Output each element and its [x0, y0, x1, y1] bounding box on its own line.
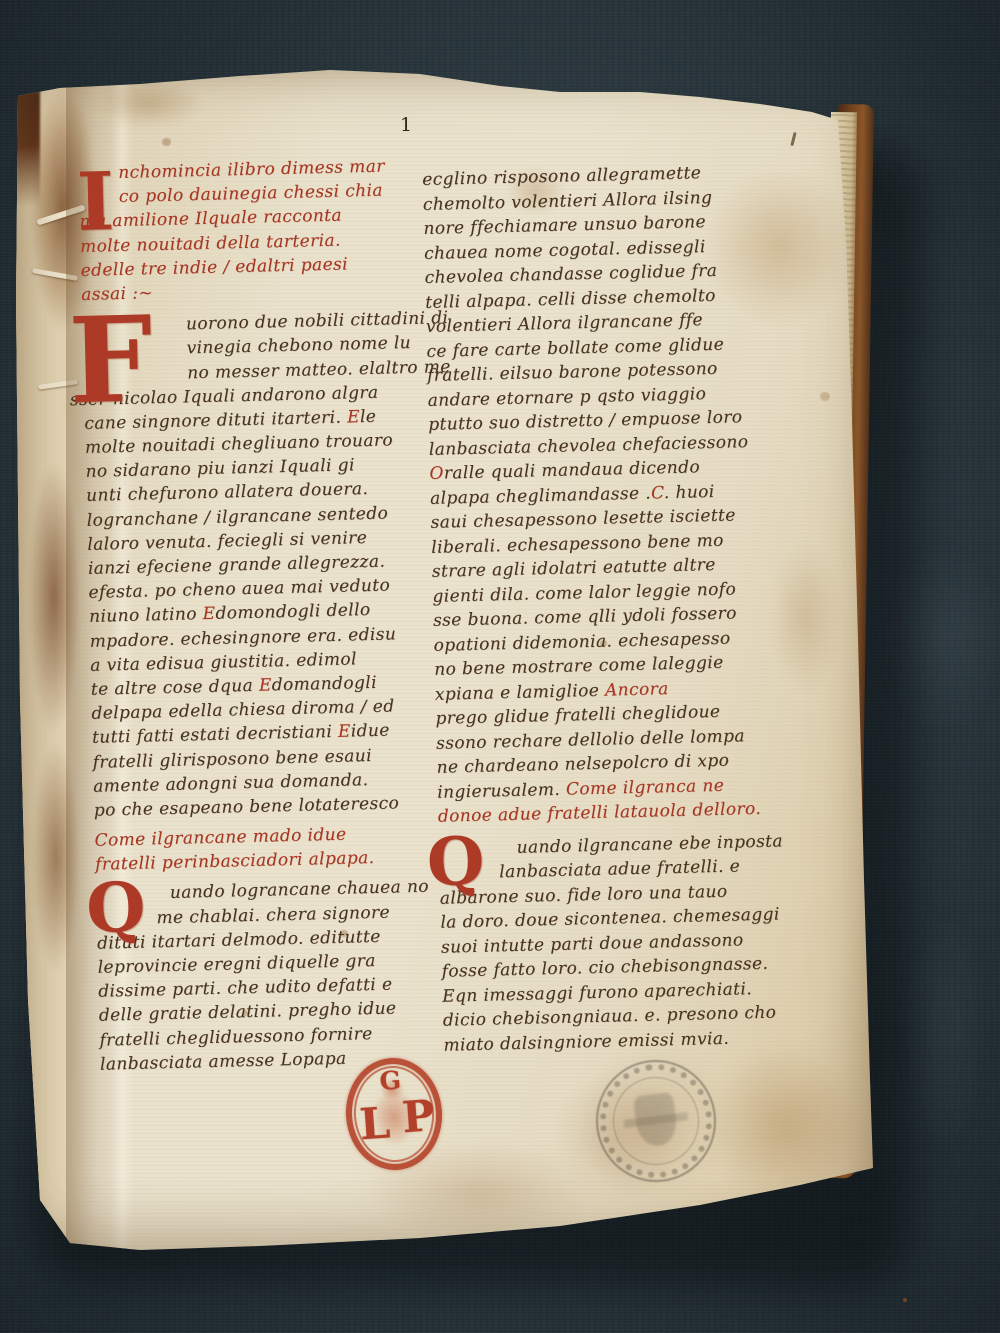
drop-cap-F: F: [68, 309, 154, 411]
photograph-manuscript-on-fabric: { "folio": { "number": "1", "corner_mark…: [0, 0, 1000, 1333]
paragraph-three: ecglino risposono allegramettechemolto v…: [422, 160, 778, 830]
paragraph-two: Q uando lograncane chauea nome chablai. …: [96, 875, 431, 1077]
body-lines: ecglino risposono allegramettechemolto v…: [422, 160, 778, 830]
paragraph-one: F uorono due nobili cittadini divinegia …: [82, 307, 424, 823]
text-column-right: ecglino risposono allegramettechemolto v…: [422, 160, 784, 1058]
rubric-lines: nchomincia ilibro dimess marco polo daui…: [78, 154, 411, 307]
foxing-spot: [820, 392, 830, 401]
stamp-letter-g: G: [379, 1065, 402, 1095]
foxing-spot: [162, 138, 171, 146]
drop-cap-Q: Q: [86, 880, 147, 939]
drop-cap-Q: Q: [426, 832, 485, 889]
body-lines: uando lograncane chauea nome chablai. ch…: [96, 875, 431, 1077]
fabric-speck: [903, 1298, 907, 1302]
corner-mark: [790, 132, 796, 146]
folio-number: 1: [400, 114, 412, 136]
faint-round-ink-stamp: [589, 1053, 723, 1189]
paragraph-four: Q uando ilgrancane ebe inpostalanbasciat…: [438, 829, 783, 1058]
text-column-left: I nchomincia ilibro dimess marco polo da…: [78, 154, 430, 1077]
stamp-letter-p: P: [401, 1091, 437, 1143]
stamp-letter-l: L: [358, 1098, 392, 1150]
parchment-stain: [770, 542, 840, 692]
red-oval-library-stamp: G L P: [342, 1055, 446, 1173]
body-lines: uando ilgrancane ebe inpostalanbasciata …: [438, 829, 783, 1058]
manuscript-page: 1 I nchomincia ilibro dimess marco polo …: [14, 62, 876, 1254]
incipit-rubric: I nchomincia ilibro dimess marco polo da…: [78, 154, 411, 307]
drop-cap-I: I: [76, 167, 115, 236]
